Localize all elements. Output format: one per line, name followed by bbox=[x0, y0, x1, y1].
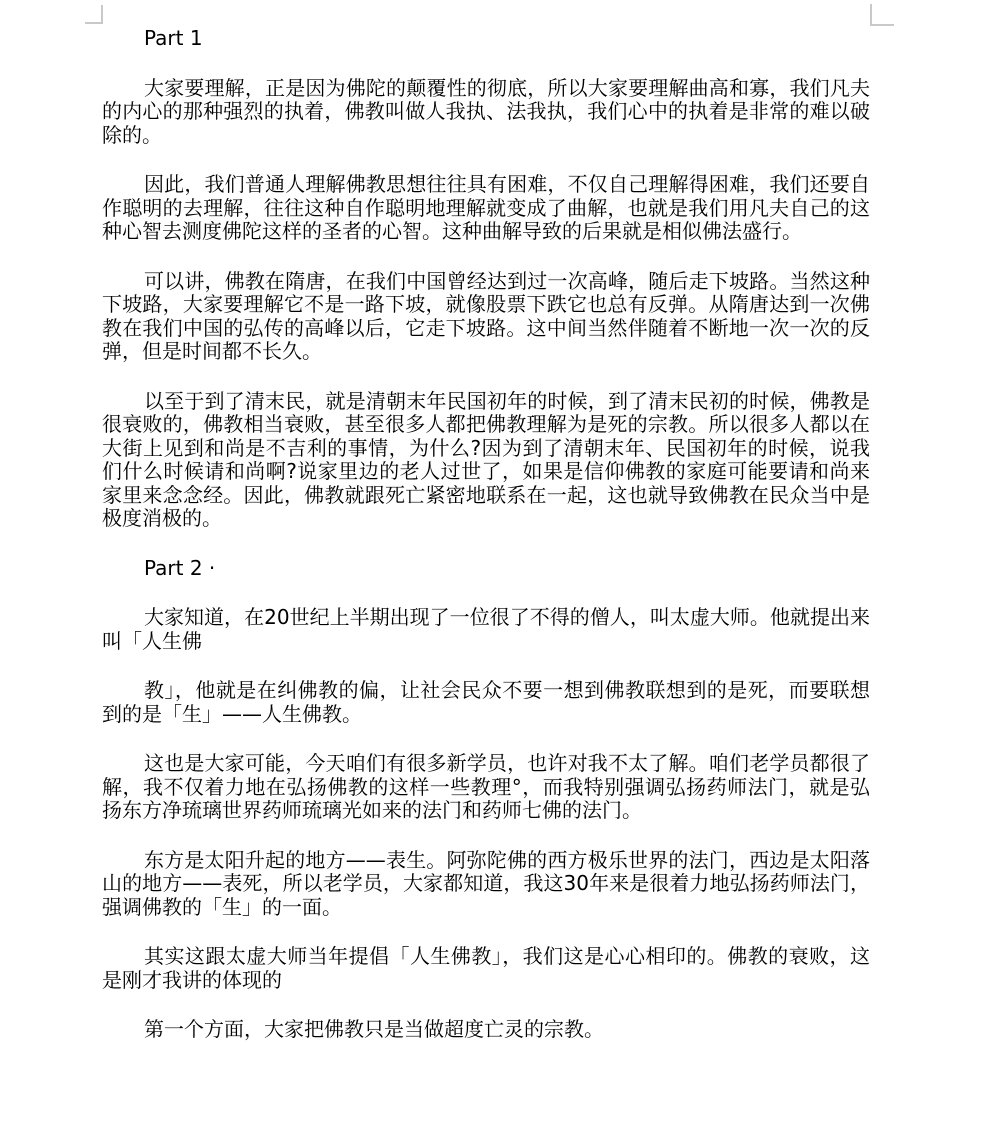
text-boundary-mark-top-right bbox=[870, 4, 894, 26]
paragraph-part2-6[interactable]: 第一个方面，大家把佛教只是当做超度亡灵的宗教。 bbox=[102, 1018, 870, 1042]
paragraph-part2-1[interactable]: 大家知道，在20世纪上半期出现了一位很了不得的僧人，叫太虚大师。他就提出来叫「人… bbox=[102, 606, 870, 653]
paragraph-part1-1[interactable]: 大家要理解，正是因为佛陀的颠覆性的彻底，所以大家要理解曲高和寡，我们凡夫的内心的… bbox=[102, 77, 870, 148]
document-content[interactable]: Part 1 大家要理解，正是因为佛陀的颠覆性的彻底，所以大家要理解曲高和寡，我… bbox=[102, 27, 870, 1068]
paragraph-part2-4[interactable]: 东方是太阳升起的地方——表生。阿弥陀佛的西方极乐世界的法门，西边是太阳落山的地方… bbox=[102, 849, 870, 920]
paragraph-part2-3[interactable]: 这也是大家可能，今天咱们有很多新学员，也许对我不太了解。咱们老学员都很了解，我不… bbox=[102, 752, 870, 823]
paragraph-part2-2[interactable]: 教」，他就是在纠佛教的偏，让社会民众不要一想到佛教联想到的是死，而要联想到的是「… bbox=[102, 679, 870, 726]
paragraph-part1-4[interactable]: 以至于到了清末民，就是清朝末年民国初年的时候，到了清末民初的时候，佛教是很衰败的… bbox=[102, 390, 870, 531]
text-boundary-mark-top-left bbox=[85, 5, 103, 24]
paragraph-part1-3[interactable]: 可以讲，佛教在隋唐，在我们中国曾经达到过一次高峰，随后走下坡路。当然这种下坡路，… bbox=[102, 270, 870, 364]
document-page: Part 1 大家要理解，正是因为佛陀的颠覆性的彻底，所以大家要理解曲高和寡，我… bbox=[0, 0, 1000, 1144]
paragraph-part1-2[interactable]: 因此，我们普通人理解佛教思想往往具有困难，不仅自己理解得困难，我们还要自作聪明的… bbox=[102, 173, 870, 244]
section-heading-part1[interactable]: Part 1 bbox=[102, 27, 870, 51]
section-heading-part2[interactable]: Part 2 · bbox=[102, 557, 870, 581]
paragraph-part2-5[interactable]: 其实这跟太虚大师当年提倡「人生佛教」，我们这是心心相印的。佛教的衰败，这是刚才我… bbox=[102, 945, 870, 992]
